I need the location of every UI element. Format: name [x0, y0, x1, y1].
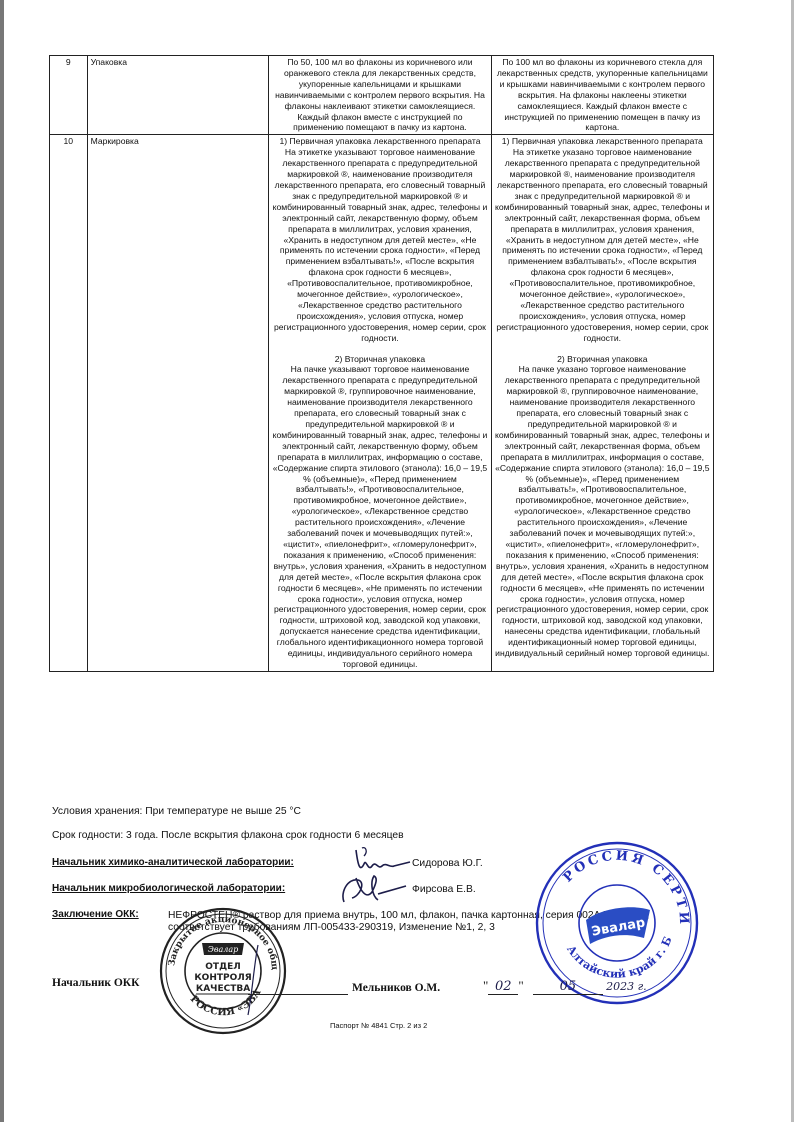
date-month: 05 [533, 979, 603, 995]
row-name: Упаковка [87, 56, 269, 135]
okk-head-label: Начальник ОКК [52, 977, 139, 989]
sign-date: "02" 05 2023 г. [483, 978, 647, 995]
date-day: 02 [488, 979, 518, 995]
table-row: 10 Маркировка 1) Первичная упаковка лека… [50, 135, 714, 672]
conclusion-label: Заключение ОКК: [52, 909, 139, 920]
spec-cell: 1) Первичная упаковка лекарственного пре… [269, 135, 491, 672]
micro-lab-label: Начальник микробиологической лаборатории… [52, 883, 285, 894]
row-name: Маркировка [87, 135, 269, 672]
primary-packaging-text: На этикетке указано торговое наименовани… [495, 147, 710, 343]
primary-packaging-text: На этикетке указывают торговое наименова… [272, 147, 487, 343]
scan-edge [0, 0, 4, 1122]
actual-cell: 1) Первичная упаковка лекарственного пре… [491, 135, 713, 672]
secondary-packaging-title: 2) Вторичная упаковка [272, 354, 487, 365]
secondary-packaging-title: 2) Вторичная упаковка [495, 354, 710, 365]
stamp-brand: Эвалар [208, 945, 239, 954]
okk-signature-line [248, 994, 348, 995]
date-year: 2023 г. [606, 980, 647, 993]
table-row: 9 Упаковка По 50, 100 мл во флаконы из к… [50, 56, 714, 135]
page-footer: Паспорт № 4841 Стр. 2 из 2 [330, 1021, 427, 1030]
spec-cell: По 50, 100 мл во флаконы из коричневого … [269, 56, 491, 135]
shelf-life: Срок годности: 3 года. После вскрытия фл… [52, 830, 404, 841]
svg-text:ОТДЕЛ: ОТДЕЛ [205, 962, 240, 972]
row-number: 9 [50, 56, 88, 135]
storage-conditions: Условия хранения: При температуре не выш… [52, 806, 301, 817]
specification-table: 9 Упаковка По 50, 100 мл во флаконы из к… [49, 55, 714, 672]
primary-packaging-title: 1) Первичная упаковка лекарственного пре… [495, 136, 710, 147]
quality-control-stamp: Закрытое акционерное общество Алтайский … [158, 905, 288, 1042]
row-number: 10 [50, 135, 88, 672]
micro-lab-signature [338, 872, 408, 911]
actual-cell: По 100 мл во флаконы из коричневого стек… [491, 56, 713, 135]
chem-lab-label: Начальник химико-аналитической лаборатор… [52, 857, 294, 868]
chem-lab-name: Сидорова Ю.Г. [412, 858, 483, 869]
svg-text:КОНТРОЛЯ: КОНТРОЛЯ [194, 973, 251, 983]
primary-packaging-title: 1) Первичная упаковка лекарственного пре… [272, 136, 487, 147]
secondary-packaging-text: На пачке указывают торговое наименование… [272, 364, 487, 669]
micro-lab-name: Фирсова Е.В. [412, 884, 476, 895]
svg-text:КАЧЕСТВА: КАЧЕСТВА [196, 984, 250, 994]
secondary-packaging-text: На пачке указано торговое наименование л… [495, 364, 710, 658]
okk-head-name: Мельников О.М. [352, 982, 440, 994]
